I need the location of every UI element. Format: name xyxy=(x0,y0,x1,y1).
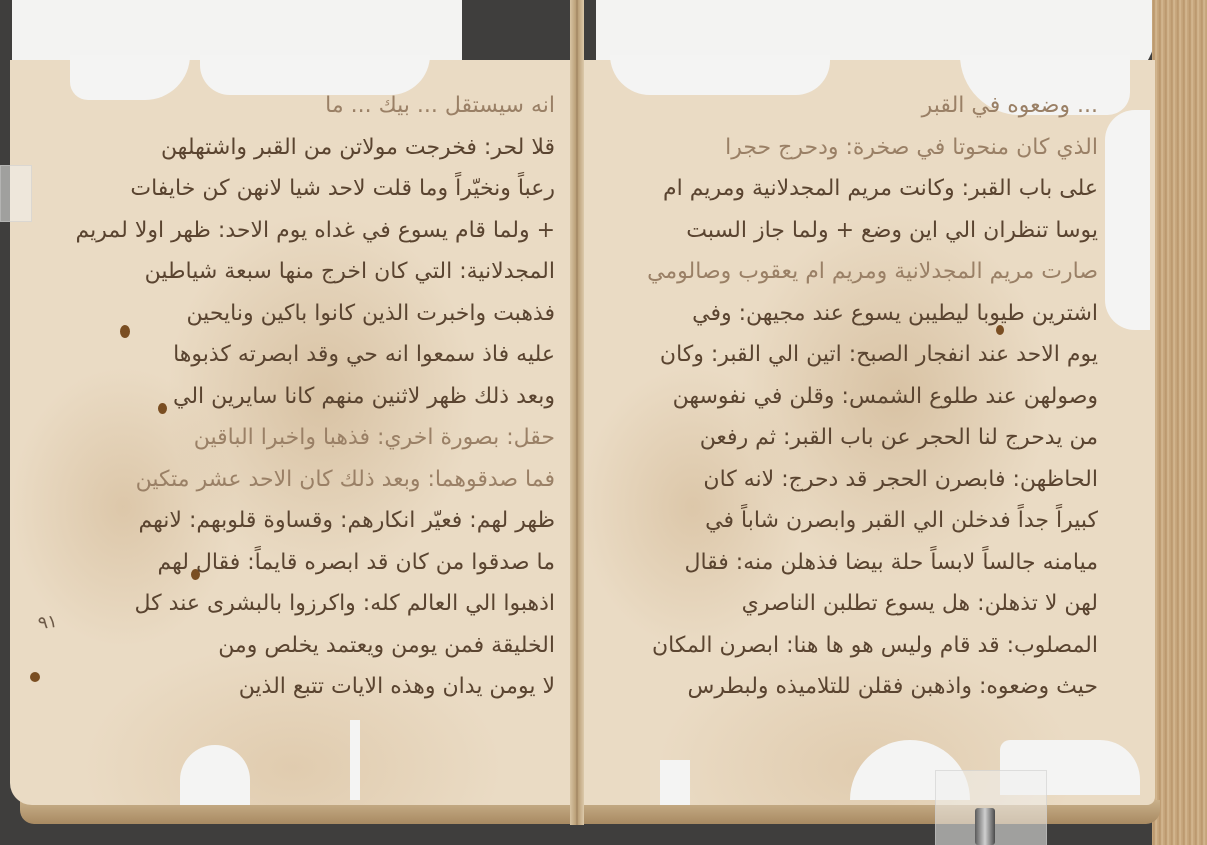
text-line: المجدلانية: التي كان اخرج منها سبعة شياط… xyxy=(60,251,555,293)
text-line: اذهبوا الي العالم كله: واكرزوا بالبشرى ع… xyxy=(60,583,555,625)
open-book: انه سيستقل ... بيك ... ما قلا لحر: فخرجت… xyxy=(0,0,1207,845)
text-line: من يدحرج لنا الحجر عن باب القبر: ثم رفعن xyxy=(590,417,1098,459)
text-line: وبعد ذلك ظهر لاثنين منهم كانا سايرين الي xyxy=(60,376,555,418)
folio-number: ٩١ xyxy=(37,611,59,634)
text-line: رعباً ونخيّراً وما قلت لاحد شيا لانهن كن… xyxy=(60,168,555,210)
text-line: حيث وضعوه: واذهبن فقلن للتلاميذه ولبطرس xyxy=(590,666,1098,708)
tear-bottom-left-2 xyxy=(350,720,360,800)
text-line: ميامنه جالساً لابساً حلة بيضا فذهلن منه:… xyxy=(590,542,1098,584)
text-line: الذي كان منحوتا في صخرة: ودحرج حجرا xyxy=(590,127,1098,169)
text-line: عليه فاذ سمعوا انه حي وقد ابصرته كذبوها xyxy=(60,334,555,376)
tear-bottom-right-1 xyxy=(660,760,690,805)
text-line: كبيراً جداً فدخلن الي القبر وابصرن شاباً… xyxy=(590,500,1098,542)
text-line: حقل: بصورة اخري: فذهبا واخبرا الباقين xyxy=(60,417,555,459)
text-line: قلا لحر: فخرجت مولاتن من القبر واشتهلهن xyxy=(60,127,555,169)
text-line: الحاظهن: فابصرن الحجر قد دحرج: لانه كان xyxy=(590,459,1098,501)
tear-right-margin xyxy=(1105,110,1150,330)
metal-clip xyxy=(975,808,995,845)
text-line: الخليقة فمن يومن ويعتمد يخلص ومن xyxy=(60,625,555,667)
text-line: ... وضعوه في القبر xyxy=(590,85,1098,127)
text-line: فذهبت واخبرت الذين كانوا باكين ونايحين xyxy=(60,293,555,335)
manuscript-photo: انه سيستقل ... بيك ... ما قلا لحر: فخرجت… xyxy=(0,0,1207,845)
book-gutter xyxy=(570,0,584,825)
text-line: وصولهن عند طلوع الشمس: وقلن في نفوسهن xyxy=(590,376,1098,418)
text-line: ما صدقوا من كان قد ابصره قايماً: فقال له… xyxy=(60,542,555,584)
text-line: اشترين طيوبا ليطيبن يسوع عند مجيهن: وفي xyxy=(590,293,1098,335)
text-line: فما صدقوهما: وبعد ذلك كان الاحد عشر متكي… xyxy=(60,459,555,501)
book-fore-edge xyxy=(1152,0,1207,845)
text-line: ظهر لهم: فعيّر انكارهم: وقساوة قلوبهم: ل… xyxy=(60,500,555,542)
text-line: صارت مريم المجدلانية ومريم ام يعقوب وصال… xyxy=(590,251,1098,293)
text-line: على باب القبر: وكانت مريم المجدلانية ومر… xyxy=(590,168,1098,210)
text-line: يوسا تنظران الي اين وضع + ولما جاز السبت xyxy=(590,210,1098,252)
left-page-text: انه سيستقل ... بيك ... ما قلا لحر: فخرجت… xyxy=(60,85,555,708)
text-line: يوم الاحد عند انفجار الصبح: اتين الي الق… xyxy=(590,334,1098,376)
text-line: انه سيستقل ... بيك ... ما xyxy=(60,85,555,127)
stain-dot xyxy=(30,672,40,682)
text-line: المصلوب: قد قام وليس هو ها هنا: ابصرن ال… xyxy=(590,625,1098,667)
right-page-text: ... وضعوه في القبر الذي كان منحوتا في صخ… xyxy=(590,85,1098,708)
repair-tape-left xyxy=(0,165,32,222)
text-line: + ولما قام يسوع في غداه يوم الاحد: ظهر ا… xyxy=(60,210,555,252)
text-line: لا يومن يدان وهذه الايات تتبع الذين xyxy=(60,666,555,708)
text-line: لهن لا تذهلن: هل يسوع تطلبن الناصري xyxy=(590,583,1098,625)
